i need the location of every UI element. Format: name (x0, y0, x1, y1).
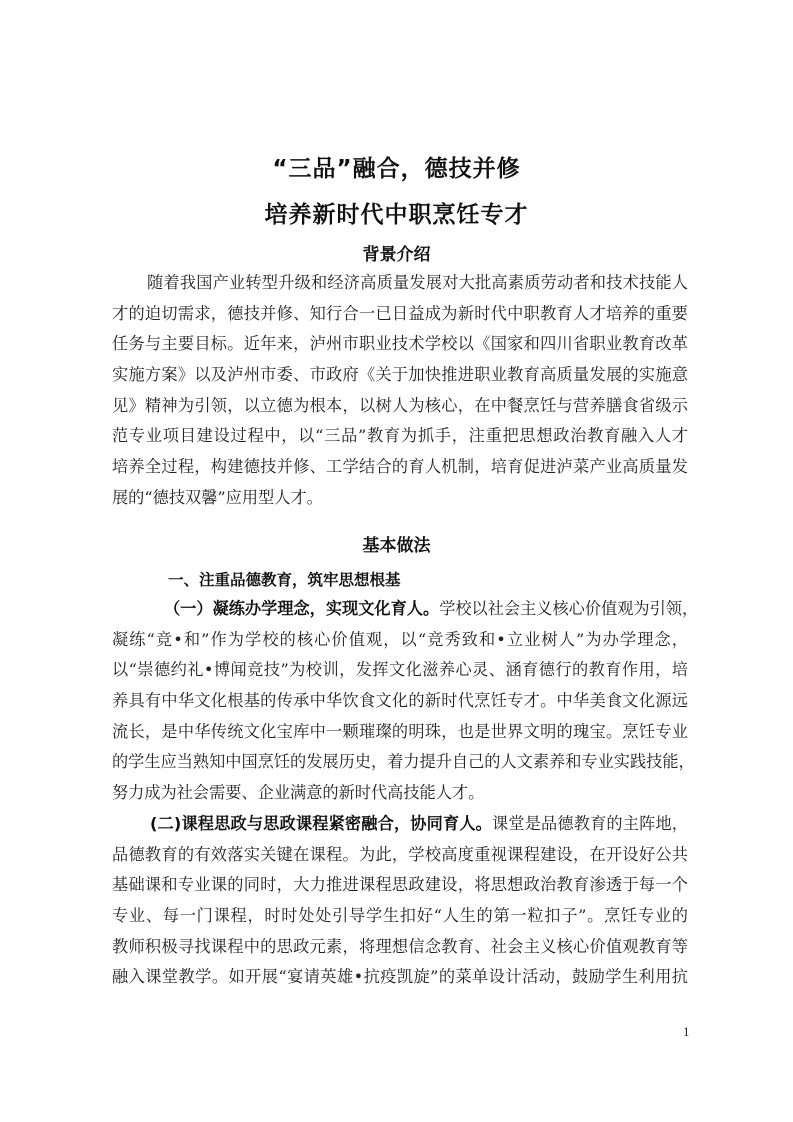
paragraph-line: 随着我国产业转型升级和经济高质量发展对大批高素质劳动者和技术技能人 (112, 268, 688, 299)
item-1-lead: （一）凝练办学理念，实现文化育人。 (164, 599, 439, 618)
paragraph-line: 基础课和专业课的同时，大力推进课程思政建设，将思想政治教育渗透于每一个 (112, 870, 688, 901)
paragraph-line: 任务与主要目标。近年来，泸州市职业技术学校以《国家和四川省职业教育改革 (112, 329, 688, 360)
paragraph-line: 见》精神为引领，以立德为根本，以树人为核心，在中餐烹饪与营养膳食省级示 (112, 391, 688, 422)
item-2-first-line: 课堂是品德教育的主阵地， (492, 814, 688, 833)
item-1-first-line: 学校以社会主义核心价值观为引领， (439, 599, 688, 618)
paragraph-line: 努力成为社会需要、企业满意的新时代高技能人才。 (112, 778, 688, 809)
paragraph-line: 范专业项目建设过程中，以“三品”教育为抓手，注重把思想政治教育融入人才 (112, 421, 688, 452)
document-title-line-1: “三品”融合，德技并修 (0, 150, 793, 183)
paragraph-line: 教师积极寻找课程中的思政元素，将理想信念教育、社会主义核心价值观教育等 (112, 932, 688, 963)
paragraph-line: 的学生应当熟知中国烹饪的发展历史，着力提升自己的人文素养和专业实践技能， (112, 747, 688, 778)
subheading-moral-education: 一、注重品德教育，筑牢思想根基 (168, 568, 401, 590)
paragraph-line: 实施方案》以及泸州市委、市政府《关于加快推进职业教育高质量发展的实施意 (112, 360, 688, 391)
item-1-paragraph: （一）凝练办学理念，实现文化育人。学校以社会主义核心价值观为引领， 凝练“竞•和… (112, 594, 688, 809)
section-heading-basic-practices: 基本做法 (0, 531, 793, 556)
background-paragraph: 随着我国产业转型升级和经济高质量发展对大批高素质劳动者和技术技能人 才的迫切需求… (112, 268, 688, 514)
paragraph-line: 凝练“竞•和”作为学校的核心价值观，以“竞秀致和•立业树人”为办学理念， (112, 625, 688, 656)
paragraph-line: 专业、每一门课程，时时处处引导学生扣好“人生的第一粒扣子”。烹饪专业的 (112, 901, 688, 932)
page-number: 1 (683, 1024, 690, 1040)
paragraph-line: 品德教育的有效落实关键在课程。为此，学校高度重视课程建设，在开设好公共 (112, 840, 688, 871)
paragraph-line: （一）凝练办学理念，实现文化育人。学校以社会主义核心价值观为引领， (112, 594, 688, 625)
document-title-line-2: 培养新时代中职烹饪专才 (0, 196, 793, 229)
paragraph-line: 展的“德技双馨”应用型人才。 (112, 483, 688, 514)
document-page: “三品”融合，德技并修 培养新时代中职烹饪专才 背景介绍 随着我国产业转型升级和… (0, 0, 793, 1122)
item-2-paragraph: (二)课程思政与思政课程紧密融合，协同育人。课堂是品德教育的主阵地， 品德教育的… (112, 809, 688, 993)
paragraph-line: 流长，是中华传统文化宝库中一颗璀璨的明珠，也是世界文明的瑰宝。烹饪专业 (112, 717, 688, 748)
paragraph-line: 养具有中华文化根基的传承中华饮食文化的新时代烹饪专才。中华美食文化源远 (112, 686, 688, 717)
section-heading-background: 背景介绍 (0, 240, 793, 265)
paragraph-line: 才的迫切需求，德技并修、知行合一已日益成为新时代中职教育人才培养的重要 (112, 299, 688, 330)
item-2-lead: (二)课程思政与思政课程紧密融合，协同育人。 (150, 814, 492, 833)
paragraph-line: (二)课程思政与思政课程紧密融合，协同育人。课堂是品德教育的主阵地， (112, 809, 688, 840)
paragraph-line: 融入课堂教学。如开展“宴请英雄•抗疫凯旋”的菜单设计活动，鼓励学生利用抗 (112, 962, 688, 993)
paragraph-line: 培养全过程，构建德技并修、工学结合的育人机制，培育促进泸菜产业高质量发 (112, 452, 688, 483)
paragraph-line: 以“崇德约礼•博闻竞技”为校训，发挥文化滋养心灵、涵育德行的教育作用，培 (112, 655, 688, 686)
